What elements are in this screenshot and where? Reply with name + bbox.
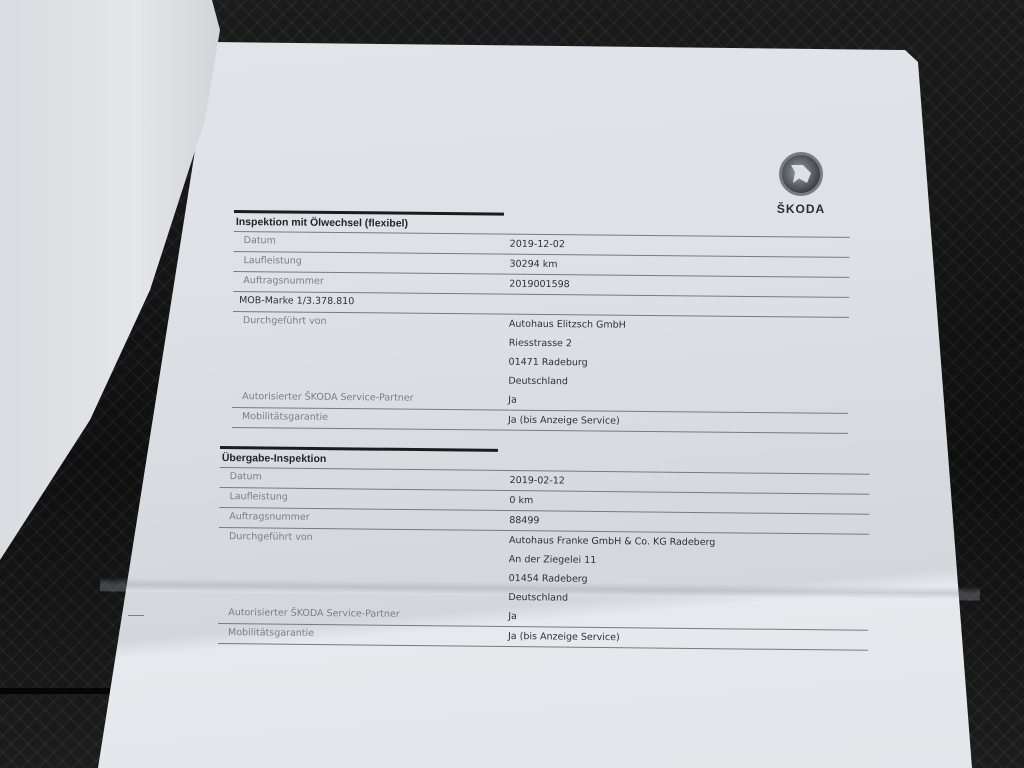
fold-mark <box>128 615 144 616</box>
row-label: Laufleistung <box>229 491 287 503</box>
row-label: Auftragsnummer <box>229 511 310 523</box>
section-handover-inspection: Übergabe-Inspektion Datum 2019-02-12 Lau… <box>218 446 870 652</box>
row-label: Datum <box>244 235 276 246</box>
row-label: Auftragsnummer <box>243 275 324 287</box>
skoda-winged-arrow-logo-icon <box>779 152 823 196</box>
row-label: Durchgeführt von <box>243 315 327 327</box>
section-inspection-oil-change: Inspektion mit Ölwechsel (flexibel) Datu… <box>232 210 850 435</box>
row-value: 88499 <box>509 515 539 526</box>
row-value: 01471 Radeburg <box>508 357 587 369</box>
row-value: 2019001598 <box>509 279 570 291</box>
row-value: Deutschland <box>508 376 568 388</box>
row-label: Mobilitätsgarantie <box>228 627 314 639</box>
row-label: Autorisierter ŠKODA Service-Partner <box>228 607 399 620</box>
skoda-logo: ŠKODA <box>770 152 832 216</box>
row-value: 0 km <box>509 495 533 506</box>
row-value: 2019-12-02 <box>510 239 565 251</box>
row-value: Ja (bis Anzeige Service) <box>508 415 620 427</box>
row-value: 2019-02-12 <box>510 475 565 487</box>
row-label: Datum <box>230 471 262 482</box>
row-value: Ja <box>508 611 517 622</box>
row-value: 30294 km <box>509 259 557 270</box>
mat-ridge <box>0 688 110 694</box>
row-label: Laufleistung <box>243 255 301 267</box>
row-value: Riesstrasse 2 <box>509 338 572 350</box>
row-value: Autohaus Franke GmbH & Co. KG Radeberg <box>509 535 715 548</box>
row-value: Autohaus Elitzsch GmbH <box>509 319 626 331</box>
row-value: Deutschland <box>508 592 568 604</box>
row-label: Durchgeführt von <box>229 531 313 543</box>
row-value: Ja <box>508 395 517 406</box>
row-label: MOB-Marke 1/3.378.810 <box>239 295 354 307</box>
row-value: An der Ziegelei 11 <box>509 554 597 566</box>
row-label: Mobilitätsgarantie <box>242 411 328 423</box>
row-label: Autorisierter ŠKODA Service-Partner <box>242 391 413 404</box>
brand-name: ŠKODA <box>770 202 832 216</box>
row-value: 01454 Radeberg <box>509 573 588 585</box>
row-value: Ja (bis Anzeige Service) <box>508 631 620 643</box>
